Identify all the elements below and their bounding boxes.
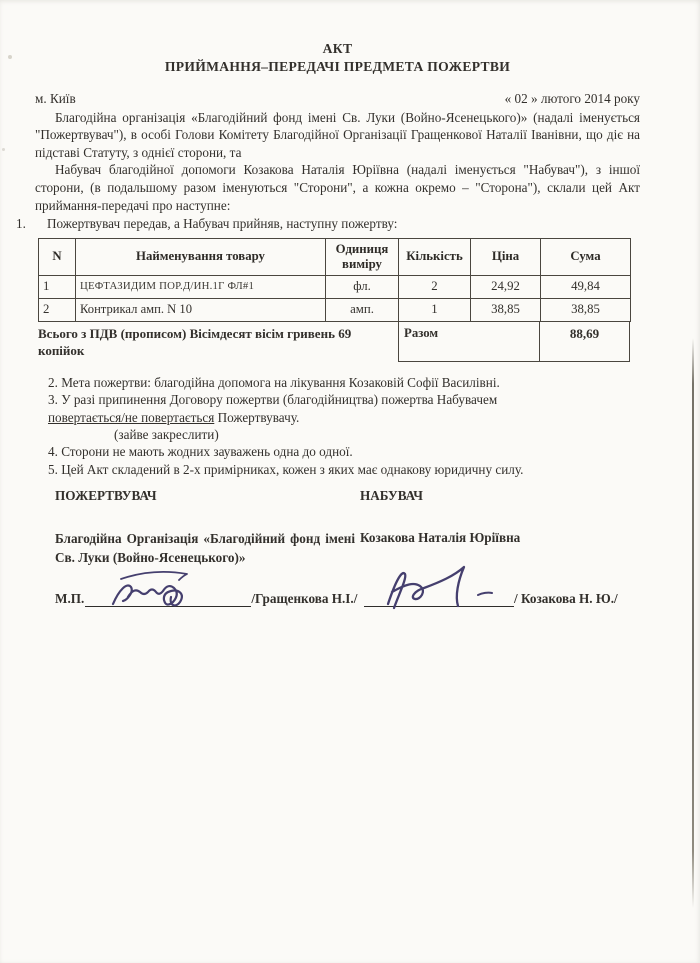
city-date-row: м. Київ « 02 » лютого 2014 року [35, 90, 640, 108]
header-n: N [39, 238, 76, 275]
clause-2: 2. Мета пожертви: благодійна допомога на… [48, 374, 640, 391]
table-row: 2 Контрикал амп. N 10 амп. 1 38,85 38,85 [39, 298, 631, 321]
scan-speck [2, 148, 5, 151]
clause-4: 4. Сторони не мають жодних зауважень одн… [48, 443, 640, 460]
table-header-row: N Найменування товару Одиниця виміру Кіл… [39, 238, 631, 275]
donor-role-heading: ПОЖЕРТВУВАЧ [55, 487, 360, 505]
list-item-1: 1. Пожертвувач передав, а Набувач прийня… [35, 215, 640, 233]
header-price: Ціна [471, 238, 541, 275]
row1-qty: 2 [399, 275, 471, 298]
roles-row: ПОЖЕРТВУВАЧ НАБУВАЧ [55, 487, 640, 505]
row2-name: Контрикал амп. N 10 [76, 298, 326, 321]
clause-3-note: (зайве закреслити) [114, 426, 640, 443]
title-line-1: АКТ [35, 40, 640, 58]
title-line-2: ПРИЙМАННЯ–ПЕРЕДАЧІ ПРЕДМЕТА ПОЖЕРТВИ [35, 58, 640, 76]
row2-sum: 38,85 [541, 298, 631, 321]
clauses-block: 2. Мета пожертви: благодійна допомога на… [48, 374, 640, 478]
signature-line-right [364, 590, 514, 607]
list-item-1-number: 1. [16, 215, 26, 233]
signature-caption-left: /Гращенкова Н.І./ [251, 590, 357, 608]
donor-name: Благодійна Організація «Благодійний фонд… [55, 529, 355, 568]
row2-qty: 1 [399, 298, 471, 321]
signature-block-left: М.П. /Гращенкова Н.І./ [55, 590, 360, 608]
row1-name: ЦЕФТАЗИДИМ ПОР.Д/ИН.1Г ФЛ#1 [76, 275, 326, 298]
row2-unit: амп. [326, 298, 399, 321]
totals-row: Всього з ПДВ (прописом) Вісімдесят вісім… [38, 322, 630, 362]
intro-paragraph-1: Благодійна організація «Благодійний фонд… [35, 109, 640, 162]
signature-block-right: / Козакова Н. Ю./ [360, 590, 640, 608]
handwritten-signature-right [368, 558, 504, 614]
row2-n: 2 [39, 298, 76, 321]
clause-3-rest: Пожертвувачу. [214, 410, 299, 425]
date-label: « 02 » лютого 2014 року [505, 90, 640, 108]
header-sum: Сума [541, 238, 631, 275]
document-content: АКТ ПРИЙМАННЯ–ПЕРЕДАЧІ ПРЕДМЕТА ПОЖЕРТВИ… [0, 0, 700, 607]
total-word-cell: Разом [398, 322, 540, 362]
table-row: 1 ЦЕФТАЗИДИМ ПОР.Д/ИН.1Г ФЛ#1 фл. 2 24,9… [39, 275, 631, 298]
names-row: Благодійна Організація «Благодійний фонд… [55, 529, 640, 568]
recipient-role-heading: НАБУВАЧ [360, 487, 640, 505]
clause-5: 5. Цей Акт складений в 2-х примірниках, … [48, 461, 640, 478]
signature-line-left [85, 590, 251, 607]
header-unit: Одиниця виміру [326, 238, 399, 275]
row1-n: 1 [39, 275, 76, 298]
clause-3-underlined: повертається/не повертається [48, 410, 214, 425]
scan-speck [8, 55, 12, 59]
intro-paragraph-2: Набувач благодійної допомоги Козакова На… [35, 161, 640, 214]
signature-caption-right: / Козакова Н. Ю./ [514, 590, 618, 608]
clause-3: 3. У разі припинення Договору пожертви (… [48, 391, 640, 426]
header-qty: Кількість [399, 238, 471, 275]
header-name: Найменування товару [76, 238, 326, 275]
document-title: АКТ ПРИЙМАННЯ–ПЕРЕДАЧІ ПРЕДМЕТА ПОЖЕРТВИ [35, 40, 640, 76]
row1-price: 24,92 [471, 275, 541, 298]
row2-price: 38,85 [471, 298, 541, 321]
clause-3-line1: 3. У разі припинення Договору пожертви (… [48, 392, 497, 407]
signature-row: М.П. /Гращенкова Н.І./ / Козакова Н. Ю [55, 590, 640, 608]
row1-sum: 49,84 [541, 275, 631, 298]
goods-table: N Найменування товару Одиниця виміру Кіл… [38, 238, 631, 322]
list-item-1-text: Пожертвувач передав, а Набувач прийняв, … [35, 215, 397, 233]
row1-unit: фл. [326, 275, 399, 298]
scan-edge-artifact [692, 338, 694, 908]
total-value-cell: 88,69 [540, 322, 630, 362]
city-label: м. Київ [35, 90, 76, 108]
total-in-words: Всього з ПДВ (прописом) Вісімдесят вісім… [38, 322, 398, 362]
document-page: АКТ ПРИЙМАННЯ–ПЕРЕДАЧІ ПРЕДМЕТА ПОЖЕРТВИ… [0, 0, 700, 963]
mp-label: М.П. [55, 590, 84, 608]
handwritten-signature-left [107, 566, 207, 612]
